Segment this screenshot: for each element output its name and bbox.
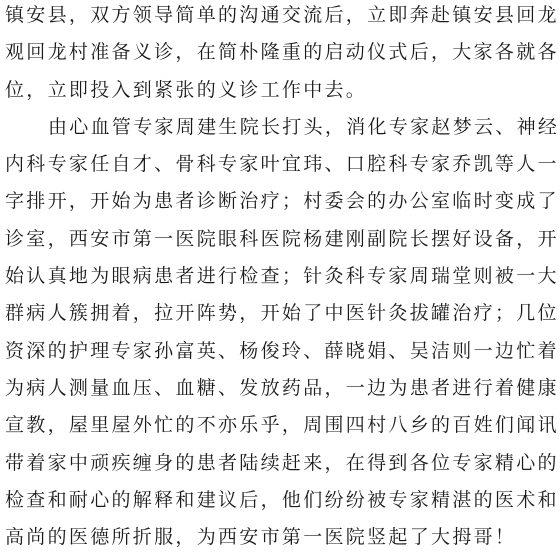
text-line: 群病人簇拥着，拉开阵势，开始了中医针灸拔罐治疗；几位 (5, 298, 560, 335)
text-line: 资深的护理专家孙富英、杨俊玲、薛晓娟、吴洁则一边忙着 (5, 336, 560, 373)
text-line-indented: 由心血管专家周建生院长打头，消化专家赵梦云、神经 (5, 112, 560, 149)
text-line: 始认真地为眼病患者进行检查；针灸科专家周瑞堂则被一大 (5, 261, 560, 298)
text-line: 宣教，屋里屋外忙的不亦乐乎，周围四村八乡的百姓们闻讯， (5, 410, 560, 447)
text-line: 检查和耐心的解释和建议后，他们纷纷被专家精湛的医术和 (5, 485, 560, 522)
text-line: 观回龙村准备义诊，在简朴隆重的启动仪式后，大家各就各 (5, 37, 560, 74)
text-line: 为病人测量血压、血糖、发放药品，一边为患者进行着健康 (5, 373, 560, 410)
text-line: 诊室，西安市第一医院眼科医院杨建刚副院长摆好设备，开 (5, 224, 560, 261)
paragraph-1: 镇安县，双方领导简单的沟通交流后，立即奔赴镇安县回龙 观回龙村准备义诊，在简朴隆… (5, 0, 560, 112)
text-line: 字排开，开始为患者诊断治疗；村委会的办公室临时变成了 (5, 186, 560, 223)
text-line: 带着家中顽疾缠身的患者陆续赶来，在得到各位专家精心的 (5, 448, 560, 485)
text-line: 内科专家任自才、骨科专家叶宜玮、口腔科专家乔凯等人一 (5, 149, 560, 186)
text-line: 高尚的医德所折服，为西安市第一医院竖起了大拇哥！ (5, 522, 560, 558)
paragraph-2: 由心血管专家周建生院长打头，消化专家赵梦云、神经 内科专家任自才、骨科专家叶宜玮… (5, 112, 560, 558)
text-line: 镇安县，双方领导简单的沟通交流后，立即奔赴镇安县回龙 (5, 0, 560, 37)
document-page: 镇安县，双方领导简单的沟通交流后，立即奔赴镇安县回龙 观回龙村准备义诊，在简朴隆… (5, 0, 560, 558)
text-line: 位，立即投入到紧张的义诊工作中去。 (5, 75, 560, 112)
